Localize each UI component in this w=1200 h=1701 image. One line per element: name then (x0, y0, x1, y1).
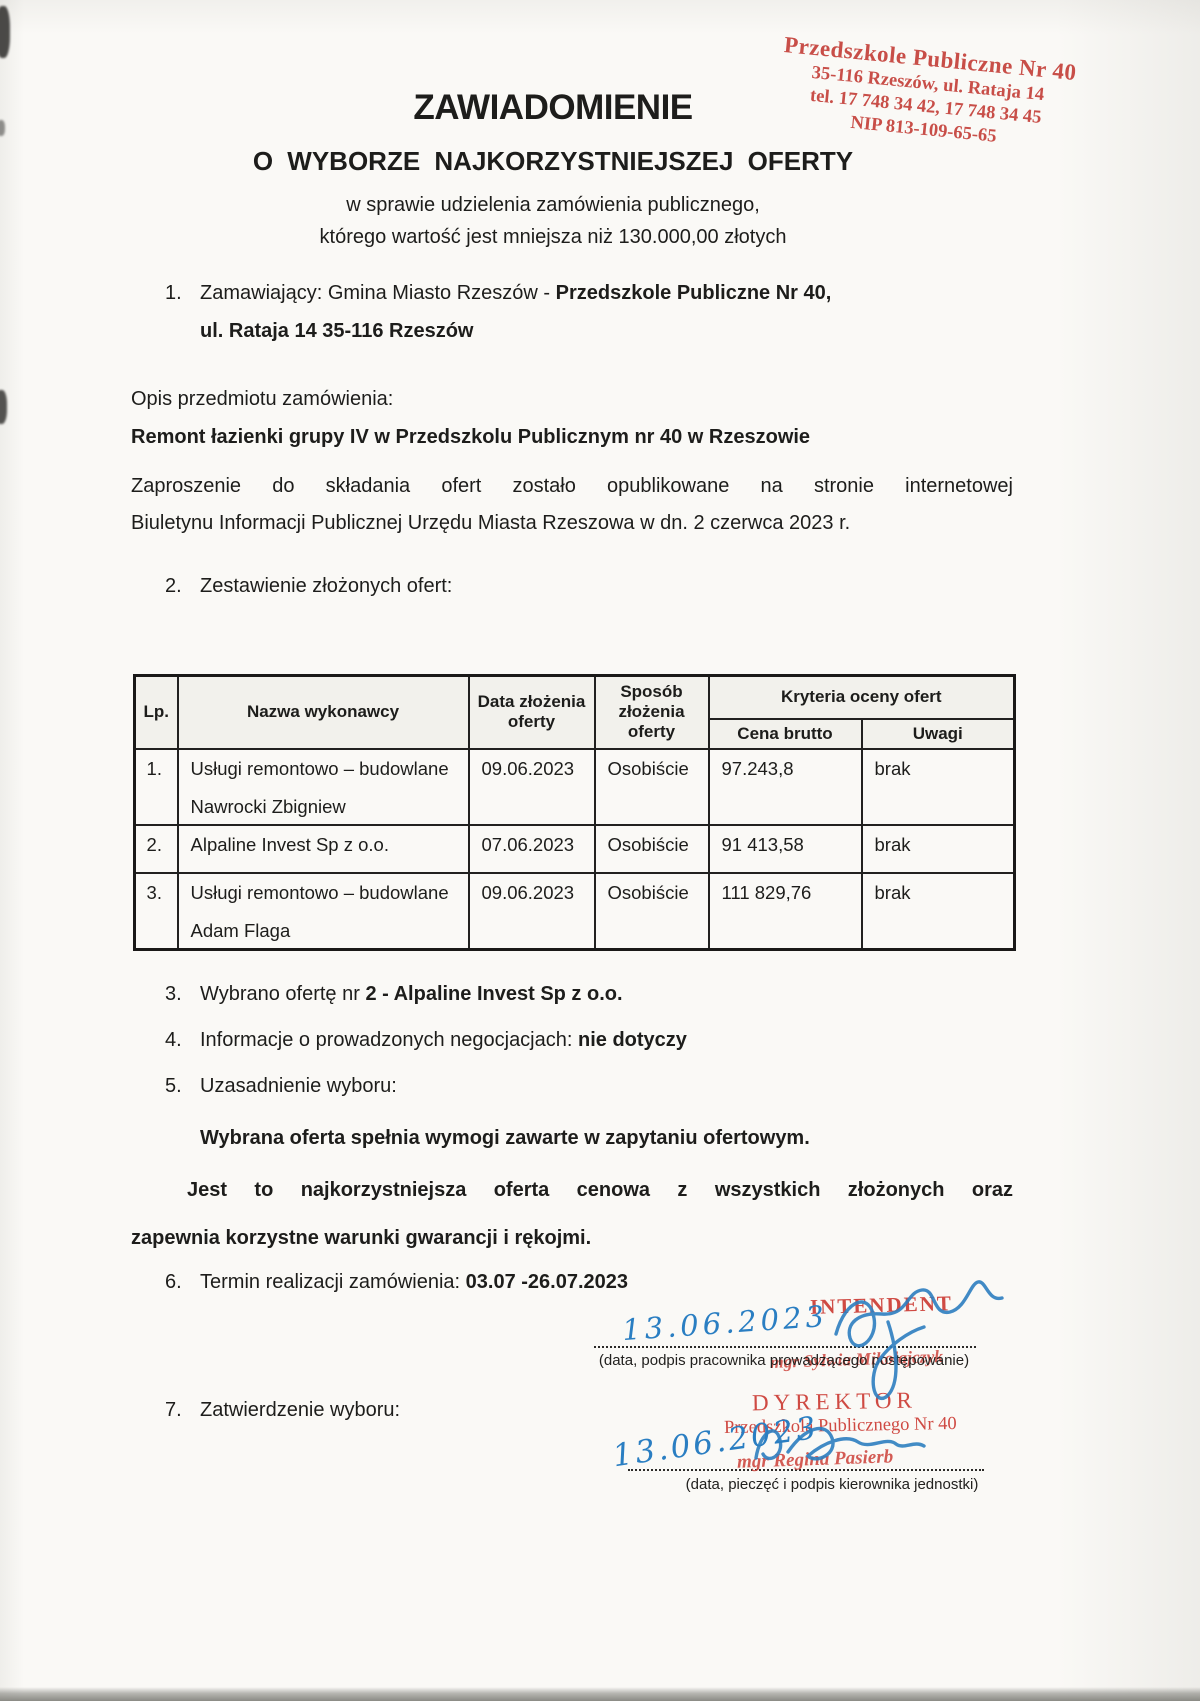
item-text: Uzasadnienie wyboru: (200, 1075, 397, 1097)
cell-date: 09.06.2023 (469, 749, 595, 825)
cell-lp: 3. (135, 873, 178, 950)
document-subtitle: O WYBORZE NAJKORZYSTNIEJSZEJ OFERTY (131, 146, 975, 177)
scan-artifact (0, 120, 5, 136)
item-text: Zestawienie złożonych ofert: (200, 575, 452, 597)
cell-price: 91 413,58 (709, 825, 862, 873)
scan-artifact (0, 6, 10, 58)
cell-price: 111 829,76 (709, 873, 862, 950)
justification-paragraph-2: Jest to najkorzystniejsza oferta cenowa … (131, 1166, 1013, 1262)
item-number: 5. (165, 1067, 182, 1105)
item-chosen-offer: 3. Wybrano ofertę nr 2 - Alpaline Invest… (131, 975, 1013, 1013)
item-number: 2. (165, 567, 182, 605)
table-header-lp: Lp. (135, 676, 178, 749)
justification-line-1: Jest to najkorzystniejsza oferta cenowa … (131, 1166, 1013, 1214)
table-header-notes: Uwagi (862, 719, 1015, 749)
director-signature (744, 1410, 939, 1480)
scanned-document-page: Przedszkole Publiczne Nr 40 35-116 Rzesz… (0, 0, 1200, 1701)
offers-table: Lp. Nazwa wykonawcy Data złożenia oferty… (133, 674, 1016, 951)
handwritten-date-intendent: 13.06.2023 (621, 1299, 829, 1347)
table-header-method: Sposób złożenia oferty (595, 676, 709, 749)
cell-name: Alpaline Invest Sp z o.o. (178, 825, 469, 873)
intro-line-2: którego wartość jest mniejsza niż 130.00… (131, 226, 975, 249)
item-text: Termin realizacji zamówienia: 03.07 -26.… (200, 1271, 628, 1293)
cell-notes: brak (862, 749, 1015, 825)
justification-line-2: zapewnia korzystne warunki gwarancji i r… (131, 1227, 591, 1249)
item-text-line2: ul. Rataja 14 35-116 Rzeszów (200, 312, 1013, 350)
document-title: ZAWIADOMIENIE (131, 88, 975, 128)
cell-date: 09.06.2023 (469, 873, 595, 950)
item-text: Zamawiający: Gmina Miasto Rzeszów - Prze… (200, 282, 831, 304)
table-row: 3. Usługi remontowo – budowlane Adam Fla… (135, 873, 1015, 950)
table-header-name: Nazwa wykonawcy (178, 676, 469, 749)
publication-line-1: Zaproszenie do składania ofert zostało o… (131, 468, 1013, 505)
item-negotiations-info: 4. Informacje o prowadzonych negocjacjac… (131, 1021, 1013, 1059)
justification-paragraph-1: Wybrana oferta spełnia wymogi zawarte w … (131, 1119, 1013, 1157)
publication-line-2: Biuletynu Informacji Publicznej Urzędu M… (131, 505, 1013, 542)
table-header-price: Cena brutto (709, 719, 862, 749)
scan-bottom-edge (0, 1687, 1200, 1701)
cell-notes: brak (862, 825, 1015, 873)
cell-method: Osobiście (595, 873, 709, 950)
cell-notes: brak (862, 873, 1015, 950)
table-header-date: Data złożenia oferty (469, 676, 595, 749)
item-number: 6. (165, 1263, 182, 1301)
subject-block: Opis przedmiotu zamówienia: Remont łazie… (131, 380, 1013, 456)
cell-method: Osobiście (595, 749, 709, 825)
item-number: 3. (165, 975, 182, 1013)
subject-value: Remont łazienki grupy IV w Przedszkolu P… (131, 418, 1013, 456)
item-justification-heading: 5. Uzasadnienie wyboru: (131, 1067, 1013, 1105)
item-number: 7. (165, 1391, 182, 1429)
cell-lp: 2. (135, 825, 178, 873)
cell-price: 97.243,8 (709, 749, 862, 825)
item-offers-list-heading: 2. Zestawienie złożonych ofert: (131, 567, 1013, 605)
item-text: Zatwierdzenie wyboru: (200, 1399, 400, 1421)
table-row: 2. Alpaline Invest Sp z o.o. 07.06.2023 … (135, 825, 1015, 873)
cell-date: 07.06.2023 (469, 825, 595, 873)
intro-line-1: w sprawie udzielenia zamówienia publiczn… (131, 194, 975, 217)
item-number: 1. (165, 274, 182, 312)
cell-name: Usługi remontowo – budowlane Nawrocki Zb… (178, 749, 469, 825)
publication-paragraph: Zaproszenie do składania ofert zostało o… (131, 468, 1013, 542)
table-header-criteria: Kryteria oceny ofert (709, 676, 1015, 719)
cell-method: Osobiście (595, 825, 709, 873)
subject-label: Opis przedmiotu zamówienia: (131, 380, 1013, 418)
cell-name: Usługi remontowo – budowlane Adam Flaga (178, 873, 469, 950)
table-row: 1. Usługi remontowo – budowlane Nawrocki… (135, 749, 1015, 825)
intendent-signature (826, 1270, 1016, 1415)
cell-lp: 1. (135, 749, 178, 825)
item-number: 4. (165, 1021, 182, 1059)
item-text: Wybrano ofertę nr 2 - Alpaline Invest Sp… (200, 983, 623, 1005)
item-text: Informacje o prowadzonych negocjacjach: … (200, 1029, 687, 1051)
item-contracting-authority: 1. Zamawiający: Gmina Miasto Rzeszów - P… (131, 274, 1013, 350)
scan-artifact (0, 390, 7, 424)
